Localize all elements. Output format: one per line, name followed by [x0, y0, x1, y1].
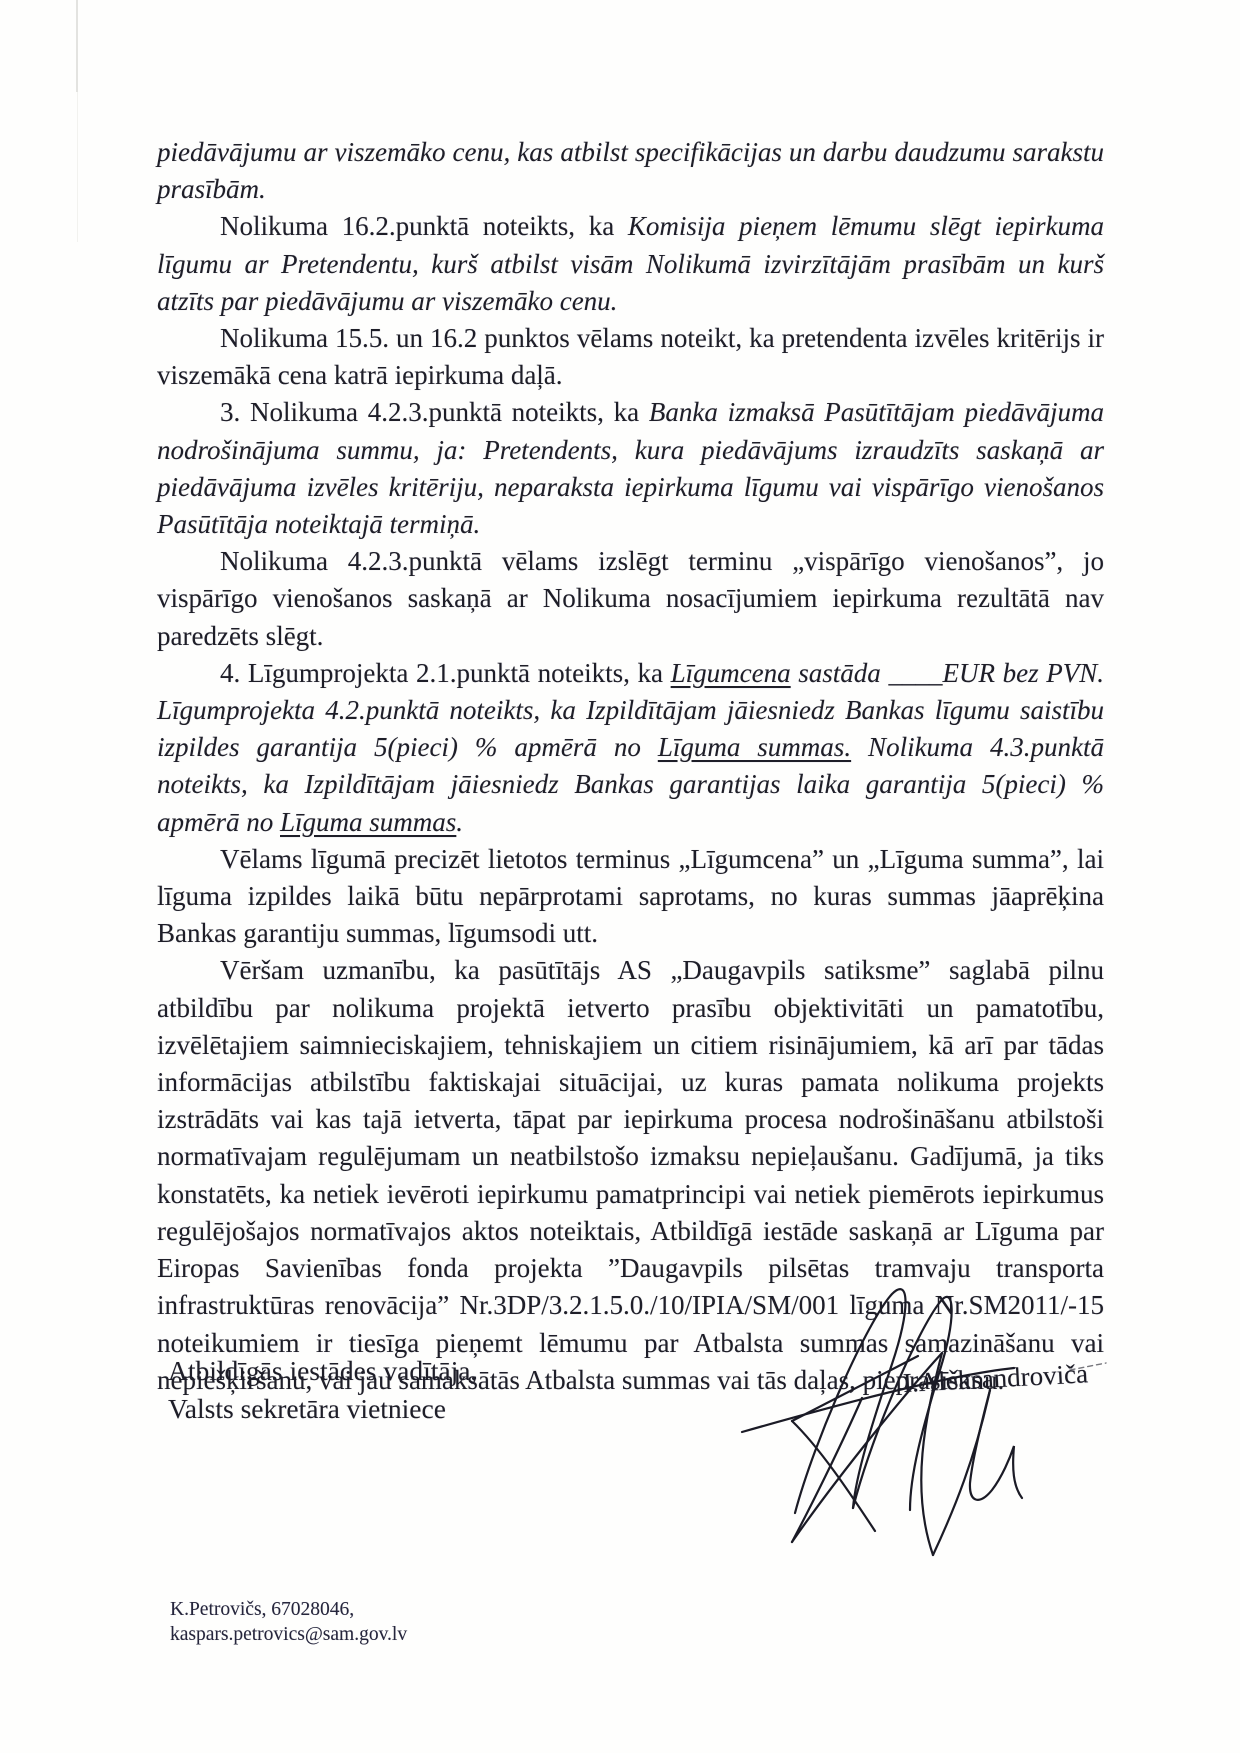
text-segment: Nolikuma 16.2.punktā noteikts, ka [220, 211, 628, 241]
text-segment: Līguma summas. [658, 732, 851, 762]
text-segment: Līguma summas [280, 807, 456, 837]
closing-role-line-2: Valsts sekretāra vietniece [168, 1390, 477, 1428]
text-segment: ____ [888, 658, 942, 688]
document-body: piedāvājumu ar viszemāko cenu, kas atbil… [157, 134, 1104, 1399]
text-segment: Līgumcena [671, 658, 791, 688]
text-segment: Nolikuma 15.5. un 16.2 punktos vēlams no… [157, 323, 1104, 390]
paragraph: 4. Līgumprojekta 2.1.punktā noteikts, ka… [157, 655, 1104, 841]
text-segment: Nolikuma 4.2.3.punktā vēlams izslēgt ter… [157, 546, 1104, 650]
paragraph: Vēlams līgumā precizēt lietotos terminus… [157, 841, 1104, 953]
text-segment: . [456, 807, 463, 837]
contact-name-phone: K.Petrovičs, 67028046, [170, 1597, 407, 1622]
signature-scrawl-icon [670, 1248, 1110, 1568]
closing-block: Atbildīgās iestādes vadītāja, Valsts sek… [168, 1352, 477, 1428]
text-segment: Vēlams līgumā precizēt lietotos terminus… [157, 844, 1104, 948]
paragraph: piedāvājumu ar viszemāko cenu, kas atbil… [157, 134, 1104, 208]
scanned-letter-page: piedāvājumu ar viszemāko cenu, kas atbil… [0, 0, 1240, 1753]
paragraph: Nolikuma 4.2.3.punktā vēlams izslēgt ter… [157, 543, 1104, 655]
closing-role-line-1: Atbildīgās iestādes vadītāja, [168, 1352, 477, 1390]
scan-artifact-line [76, 0, 78, 92]
text-segment: sastāda [791, 658, 889, 688]
text-segment: piedāvājumu ar viszemāko cenu, kas atbil… [157, 137, 1104, 204]
paragraph: Nolikuma 16.2.punktā noteikts, ka Komisi… [157, 208, 1104, 320]
paragraph: 3. Nolikuma 4.2.3.punktā noteikts, ka Ba… [157, 394, 1104, 543]
handwritten-signature [670, 1248, 1110, 1568]
footer-contact-block: K.Petrovičs, 67028046, kaspars.petrovics… [170, 1597, 407, 1647]
text-segment: 3. Nolikuma 4.2.3.punktā noteikts, ka [220, 397, 649, 427]
contact-email: kaspars.petrovics@sam.gov.lv [170, 1622, 407, 1647]
scan-artifact-line-faint [77, 92, 78, 242]
paragraph: Nolikuma 15.5. un 16.2 punktos vēlams no… [157, 320, 1104, 394]
text-segment: 4. Līgumprojekta 2.1.punktā noteikts, ka [220, 658, 671, 688]
